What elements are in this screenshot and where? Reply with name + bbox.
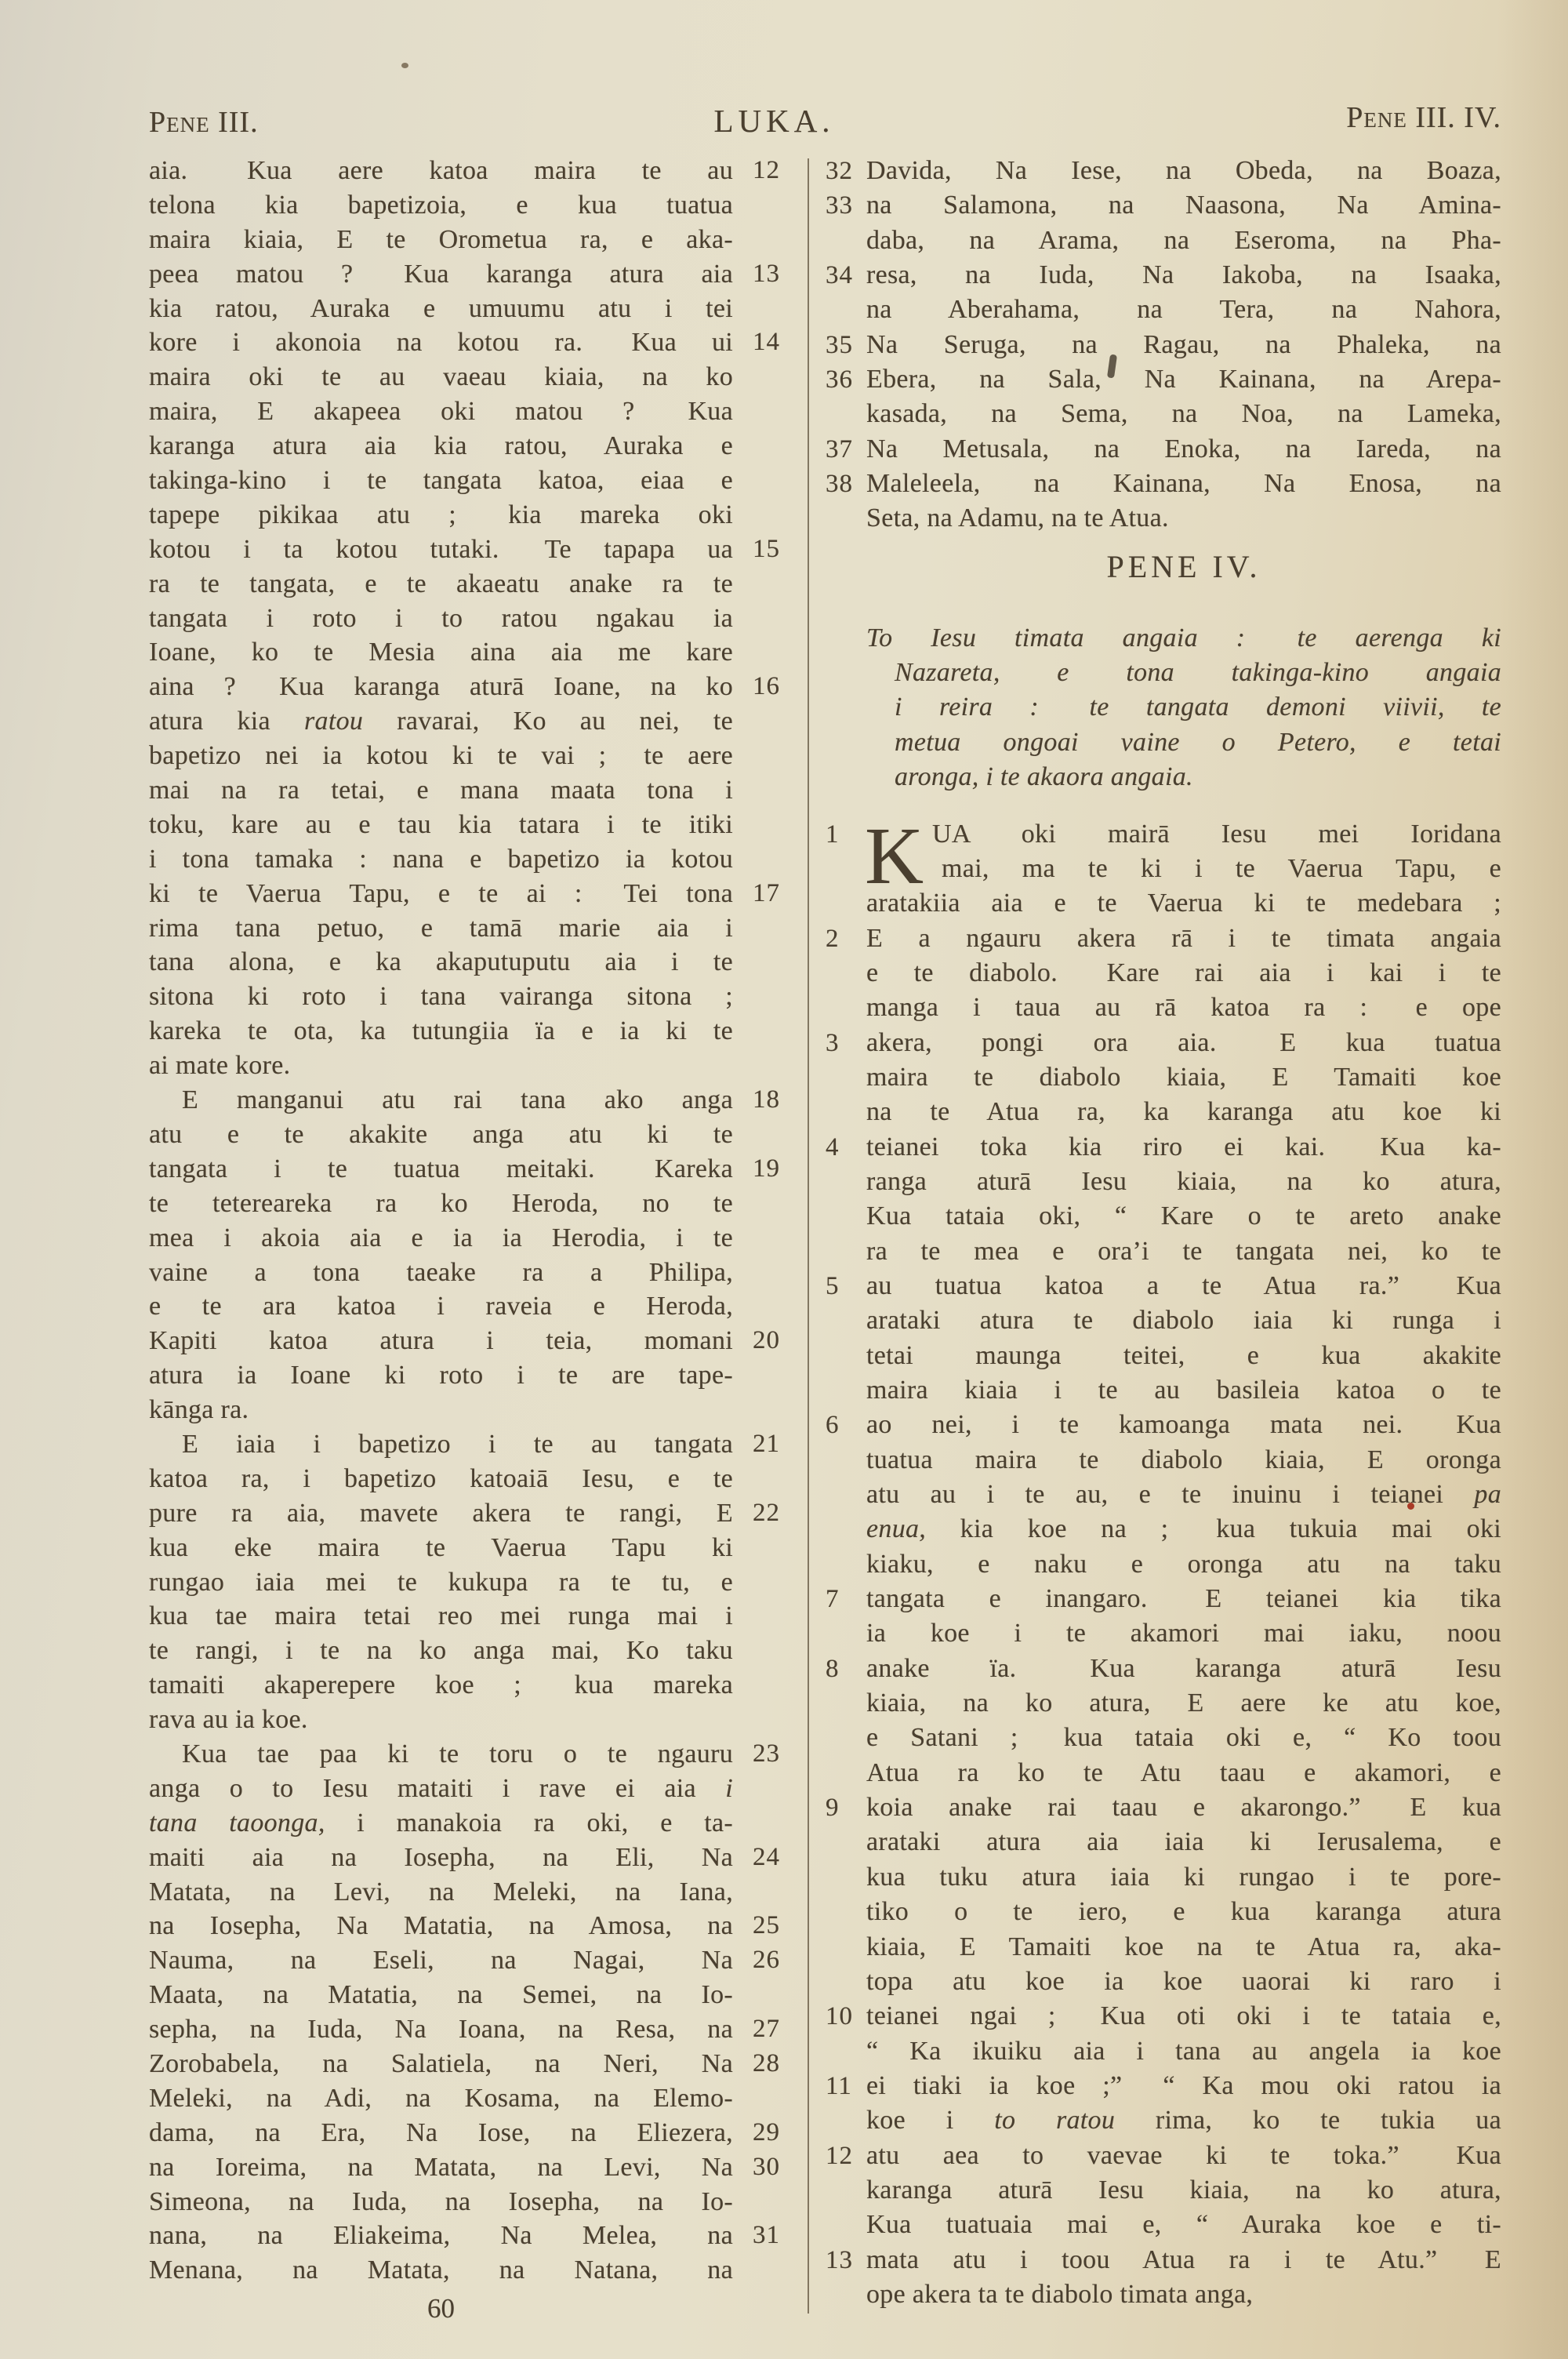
text-line: koe i to ratou rima, ko te tukia ua: [866, 2103, 1501, 2138]
text-line: 12atu aea to vaevae ki te toka.” Kua: [866, 2139, 1501, 2173]
text-line: karanga aturā Iesu kiaia, na ko atura,: [866, 2173, 1501, 2208]
text-line: 28Zorobabela, na Salatiela, na Neri, Na: [149, 2047, 733, 2081]
text-line: 7tangata e inangaro. E teianei kia tika: [866, 1582, 1501, 1616]
verse-number: 28: [753, 2047, 780, 2081]
running-header: Pene III. LUKA. Pene III. IV.: [149, 100, 1501, 143]
text-line: Menana, na Matata, na Natana, na: [149, 2253, 733, 2288]
verse-number: 5: [826, 1269, 840, 1303]
text-line: rima tana petuo, e tamā marie aia i: [149, 911, 733, 946]
text-line: 33na Salamona, na Naasona, Na Amina-: [866, 188, 1501, 223]
column-divider: [808, 158, 809, 2314]
text-line: te tetereareka ra ko Heroda, no te: [149, 1187, 733, 1221]
text-line: 1KUA oki mairā Iesu mei Ioridana: [866, 817, 1501, 852]
text-line: tana alona, e ka akaputuputu aia i te: [149, 945, 733, 980]
text-line: atu au i te au, e te inuinu i teianei pa: [866, 1478, 1501, 1512]
text-line: maira te diabolo kiaia, E Tamaiti koe: [866, 1060, 1501, 1095]
text-line: Ioane, ko te Mesia aina aia me kare: [149, 635, 733, 670]
text-line: Matata, na Levi, na Meleki, na Iana,: [149, 1875, 733, 1910]
text-line: 23Kua tae paa ki te toru o te ngauru: [149, 1737, 733, 1772]
text-line: katoa ra, i bapetizo katoaiā Iesu, e te: [149, 1462, 733, 1496]
text-line: atura ia Ioane ki roto i te are tape-: [149, 1358, 733, 1393]
text-line: metua ongoai vaine o Petero, e tetai: [866, 725, 1501, 760]
text-line: anga o to Iesu mataiti i rave ei aia i: [149, 1772, 733, 1806]
text-line: 26Nauma, na Eseli, na Nagai, Na: [149, 1943, 733, 1978]
text-line: Nazareta, e tona takinga-kino angaia: [866, 656, 1501, 690]
text-line: arataki atura te diabolo iaia ki runga i: [866, 1303, 1501, 1338]
right-column: 32Davida, Na Iese, na Obeda, na Boaza,33…: [866, 154, 1501, 2312]
text-line: Seta, na Adamu, na te Atua.: [866, 501, 1501, 536]
text-line: na Aberahama, na Tera, na Nahora,: [866, 293, 1501, 327]
verse-number: 14: [753, 325, 780, 360]
text-line: tana taoonga, i manakoia ra oki, e ta-: [149, 1806, 733, 1841]
text-line: 16aina ? Kua karanga aturā Ioane, na ko: [149, 670, 733, 704]
text-line: tamaiti akaperepere koe ; kua mareka: [149, 1668, 733, 1703]
text-line: tetai maunga teitei, e kua akakite: [866, 1339, 1501, 1373]
text-line: Simeona, na Iuda, na Iosepha, na Io-: [149, 2185, 733, 2219]
text-line: e te ara katoa i raveia e Heroda,: [149, 1289, 733, 1324]
text-line: i reira : te tangata demoni viivii, te: [866, 690, 1501, 725]
verse-number: 30: [753, 2150, 780, 2185]
running-head-book-title: LUKA.: [149, 102, 1399, 140]
text-line: Maata, na Matatia, na Semei, na Io-: [149, 1978, 733, 2012]
text-line: 30na Ioreima, na Matata, na Levi, Na: [149, 2150, 733, 2185]
text-line: 13peea matou ? Kua karanga atura aia: [149, 257, 733, 292]
text-line: 13mata atu i toou Atua ra i te Atu.” E: [866, 2243, 1501, 2277]
verse-number: 38: [826, 467, 853, 501]
text-line: 29dama, na Era, Na Iose, na Eliezera,: [149, 2116, 733, 2150]
running-head-chapter-right: Pene III. IV.: [1346, 100, 1501, 135]
verse-number: 36: [826, 362, 853, 397]
text-line: kiaia, na ko atura, E aere ke atu koe,: [866, 1686, 1501, 1721]
text-line: Meleki, na Adi, na Kosama, na Elemo-: [149, 2081, 733, 2116]
text-line: telona kia bapetizoia, e kua tuatua: [149, 188, 733, 223]
page-edge-shadow: [1497, 0, 1568, 2359]
text-line: ra te mea e ora’i te tangata nei, ko te: [866, 1234, 1501, 1269]
verse-number: 17: [753, 877, 780, 911]
text-line: mai, ma te ki i te Vaerua Tapu, e: [866, 852, 1501, 886]
text-line: atu e te akakite anga atu ki te: [149, 1118, 733, 1152]
text-line: Kua tataia oki, “ Kare o te areto anake: [866, 1199, 1501, 1234]
verse-number: 4: [826, 1130, 840, 1165]
text-line: 34resa, na Iuda, Na Iakoba, na Isaaka,: [866, 258, 1501, 293]
text-line: vaine a tona taeake ra a Philipa,: [149, 1256, 733, 1290]
text-line: 17ki te Vaerua Tapu, e te ai : Tei tona: [149, 877, 733, 911]
text-line: 9koia anake rai taau e akarongo.” E kua: [866, 1790, 1501, 1825]
text-line: kua eke maira te Vaerua Tapu ki: [149, 1531, 733, 1565]
verse-number: 23: [753, 1737, 780, 1772]
text-line: mai na ra tetai, e mana maata tona i: [149, 773, 733, 808]
text-line: 36Ebera, na Sala, Na Kainana, na Arepa-: [866, 362, 1501, 397]
text-line: atura kia ratou ravarai, Ko au nei, te: [149, 704, 733, 739]
verse-number: 8: [826, 1652, 840, 1686]
text-line: To Iesu timata angaia : te aerenga ki: [866, 621, 1501, 656]
verse-number: 12: [753, 154, 780, 188]
text-line: i tona tamaka : nana e bapetizo ia kotou: [149, 842, 733, 877]
book-page: Pene III. LUKA. Pene III. IV. 12aia. Kua…: [0, 0, 1568, 2359]
text-line: 18E manganui atu rai tana ako anga: [149, 1083, 733, 1118]
text-line: 22pure ra aia, mavete akera te rangi, E: [149, 1496, 733, 1531]
verse-number: 9: [826, 1790, 840, 1825]
text-line: kasada, na Sema, na Noa, na Lameka,: [866, 397, 1501, 431]
text-line: 24maiti aia na Iosepha, na Eli, Na: [149, 1841, 733, 1875]
text-line: kareka te ota, ka tutungiia ïa e ia ki t…: [149, 1014, 733, 1049]
text-line: kānga ra.: [149, 1393, 733, 1427]
verse-number: 20: [753, 1324, 780, 1358]
genealogy-block: 32Davida, Na Iese, na Obeda, na Boaza,33…: [866, 154, 1501, 536]
text-line: manga i taua au rā katoa ra : e ope: [866, 990, 1501, 1025]
verse-number: 6: [826, 1408, 840, 1442]
text-line: toku, kare au e tau kia tatara i te itik…: [149, 808, 733, 842]
verse-number: 12: [826, 2139, 853, 2173]
text-line: aronga, i te akaora angaia.: [866, 760, 1501, 794]
text-line: te rangi, i te na ko anga mai, Ko taku: [149, 1634, 733, 1668]
verse-number: 26: [753, 1943, 780, 1978]
text-line: 15kotou i ta kotou tutaki. Te tapapa ua: [149, 533, 733, 567]
verse-number: 22: [753, 1496, 780, 1531]
text-line: bapetizo nei ia kotou ki te vai ; te aer…: [149, 739, 733, 773]
text-line: kia ratou, Auraka e umuumu atu i tei: [149, 292, 733, 326]
text-line: 19tangata i te tuatua meitaki. Kareka: [149, 1152, 733, 1187]
verse-number: 15: [753, 533, 780, 567]
text-line: Atua ra ko te Atu taau e akamori, e: [866, 1756, 1501, 1790]
text-line: 20Kapiti katoa atura i teia, momani: [149, 1324, 733, 1358]
text-line: ope akera ta te diabolo timata anga,: [866, 2277, 1501, 2312]
text-line: na te Atua ra, ka karanga atu koe ki: [866, 1095, 1501, 1129]
verse-number: 7: [826, 1582, 840, 1616]
text-line: daba, na Arama, na Eseroma, na Pha-: [866, 224, 1501, 258]
text-line: topa atu koe ia koe uaorai ki raro i: [866, 1965, 1501, 1999]
text-line: 25na Iosepha, Na Matatia, na Amosa, na: [149, 1909, 733, 1943]
text-line: 12aia. Kua aere katoa maira te au: [149, 154, 733, 188]
red-speck: [1407, 1503, 1414, 1510]
text-line: ia koe i te akamori mai iaku, noou: [866, 1616, 1501, 1651]
verse-number: 34: [826, 258, 853, 293]
verse-number: 27: [753, 2012, 780, 2047]
text-line: rava au ia koe.: [149, 1703, 733, 1737]
verse-number: 24: [753, 1841, 780, 1875]
left-column: 12aia. Kua aere katoa maira te autelona …: [149, 154, 733, 2288]
text-line: e Satani ; kua tataia oki e, “ Ko toou: [866, 1721, 1501, 1755]
text-line: takinga-kino i te tangata katoa, eiaa e: [149, 463, 733, 498]
text-line: 38Maleleela, na Kainana, Na Enosa, na: [866, 467, 1501, 501]
verse-number: 2: [826, 921, 840, 956]
verse-number: 11: [826, 2069, 852, 2103]
text-line: maira, E akapeea oki matou ? Kua: [149, 394, 733, 429]
text-line: e te diabolo. Kare rai aia i kai i te: [866, 956, 1501, 990]
text-line: kiaia, E Tamaiti koe na te Atua ra, aka-: [866, 1930, 1501, 1965]
text-line: enua, kia koe na ; kua tukuia mai oki: [866, 1512, 1501, 1547]
text-line: 32Davida, Na Iese, na Obeda, na Boaza,: [866, 154, 1501, 188]
verse-block: 1KUA oki mairā Iesu mei Ioridanamai, ma …: [866, 817, 1501, 2313]
text-line: 3akera, pongi ora aia. E kua tuatua: [866, 1026, 1501, 1060]
text-line: 8anake ïa. Kua karanga aturā Iesu: [866, 1652, 1501, 1686]
chapter-summary: To Iesu timata angaia : te aerenga kiNaz…: [866, 621, 1501, 795]
text-line: maira kiaia i te au basileia katoa o te: [866, 1373, 1501, 1408]
text-line: ai mate kore.: [149, 1049, 733, 1083]
verse-number: 3: [826, 1026, 840, 1060]
verse-number: 31: [753, 2219, 780, 2253]
text-line: 35Na Seruga, na Ragau, na Phaleka, na: [866, 328, 1501, 362]
verse-number: 16: [753, 670, 780, 704]
ink-speck: [401, 63, 408, 68]
text-line: 27sepha, na Iuda, Na Ioana, na Resa, na: [149, 2012, 733, 2047]
verse-number: 29: [753, 2116, 780, 2150]
verse-number: 13: [753, 257, 780, 292]
text-line: 11ei tiaki ia koe ;” “ Ka mou oki ratou …: [866, 2069, 1501, 2103]
text-line: maira oki te au vaeau kiaia, na ko: [149, 360, 733, 394]
verse-number: 33: [826, 188, 853, 223]
verse-number: 18: [753, 1083, 780, 1118]
text-line: 21E iaia i bapetizo i te au tangata: [149, 1427, 733, 1462]
text-line: 6ao nei, i te kamoanga mata nei. Kua: [866, 1408, 1501, 1442]
text-line: Kua tuatuaia mai e, “ Auraka koe e ti-: [866, 2208, 1501, 2242]
text-line: 10teianei ngai ; Kua oti oki i te tataia…: [866, 1999, 1501, 2034]
text-line: ra te tangata, e te akaeatu anake ra te: [149, 567, 733, 602]
text-line: 5au tuatua katoa a te Atua ra.” Kua: [866, 1269, 1501, 1303]
text-line: arataki atura aia iaia ki Ierusalema, e: [866, 1825, 1501, 1859]
text-line: 14kore i akonoia na kotou ra. Kua ui: [149, 325, 733, 360]
text-line: rungao iaia mei te kukupa ra te tu, e: [149, 1565, 733, 1600]
text-line: karanga atura aia kia ratou, Auraka e: [149, 429, 733, 463]
text-line: mea i akoia aia e ia ia Herodia, i te: [149, 1221, 733, 1256]
text-line: kiaku, e naku e oronga atu na taku: [866, 1547, 1501, 1582]
verse-number: 35: [826, 328, 853, 362]
text-line: “ Ka ikuiku aia i tana au angela ia koe: [866, 2034, 1501, 2069]
text-line: kua tae maira tetai reo mei runga mai i: [149, 1599, 733, 1634]
text-line: 4teianei toka kia riro ei kai. Kua ka-: [866, 1130, 1501, 1165]
text-line: tuatua maira te diabolo kiaia, E oronga: [866, 1443, 1501, 1478]
text-line: maira kiaia, E te Orometua ra, e aka-: [149, 223, 733, 257]
chapter-heading: PENE IV.: [866, 547, 1501, 587]
verse-number: 32: [826, 154, 853, 188]
text-line: tapepe pikikaa atu ; kia mareka oki: [149, 498, 733, 533]
text-line: sitona ki roto i tana vairanga sitona ;: [149, 980, 733, 1014]
verse-number: 1: [826, 817, 840, 852]
page-number: 60: [149, 2293, 733, 2324]
verse-number: 19: [753, 1152, 780, 1187]
verse-number: 25: [753, 1909, 780, 1943]
text-line: kua tuku atura iaia ki rungao i te pore-: [866, 1860, 1501, 1895]
verse-number: 10: [826, 1999, 853, 2034]
verse-number: 37: [826, 432, 853, 467]
text-line: tiko o te iero, e kua karanga atura: [866, 1895, 1501, 1929]
text-line: 37Na Metusala, na Enoka, na Iareda, na: [866, 432, 1501, 467]
verse-number: 21: [753, 1427, 780, 1462]
text-line: ranga aturā Iesu kiaia, na ko atura,: [866, 1165, 1501, 1199]
text-line: tangata i roto i to ratou ngakau ia: [149, 602, 733, 636]
text-line: 2E a ngauru akera rā i te timata angaia: [866, 921, 1501, 956]
text-line: 31nana, na Eliakeima, Na Melea, na: [149, 2219, 733, 2253]
verse-number: 13: [826, 2243, 853, 2277]
text-line: aratakiia aia e te Vaerua ki te medebara…: [866, 886, 1501, 921]
